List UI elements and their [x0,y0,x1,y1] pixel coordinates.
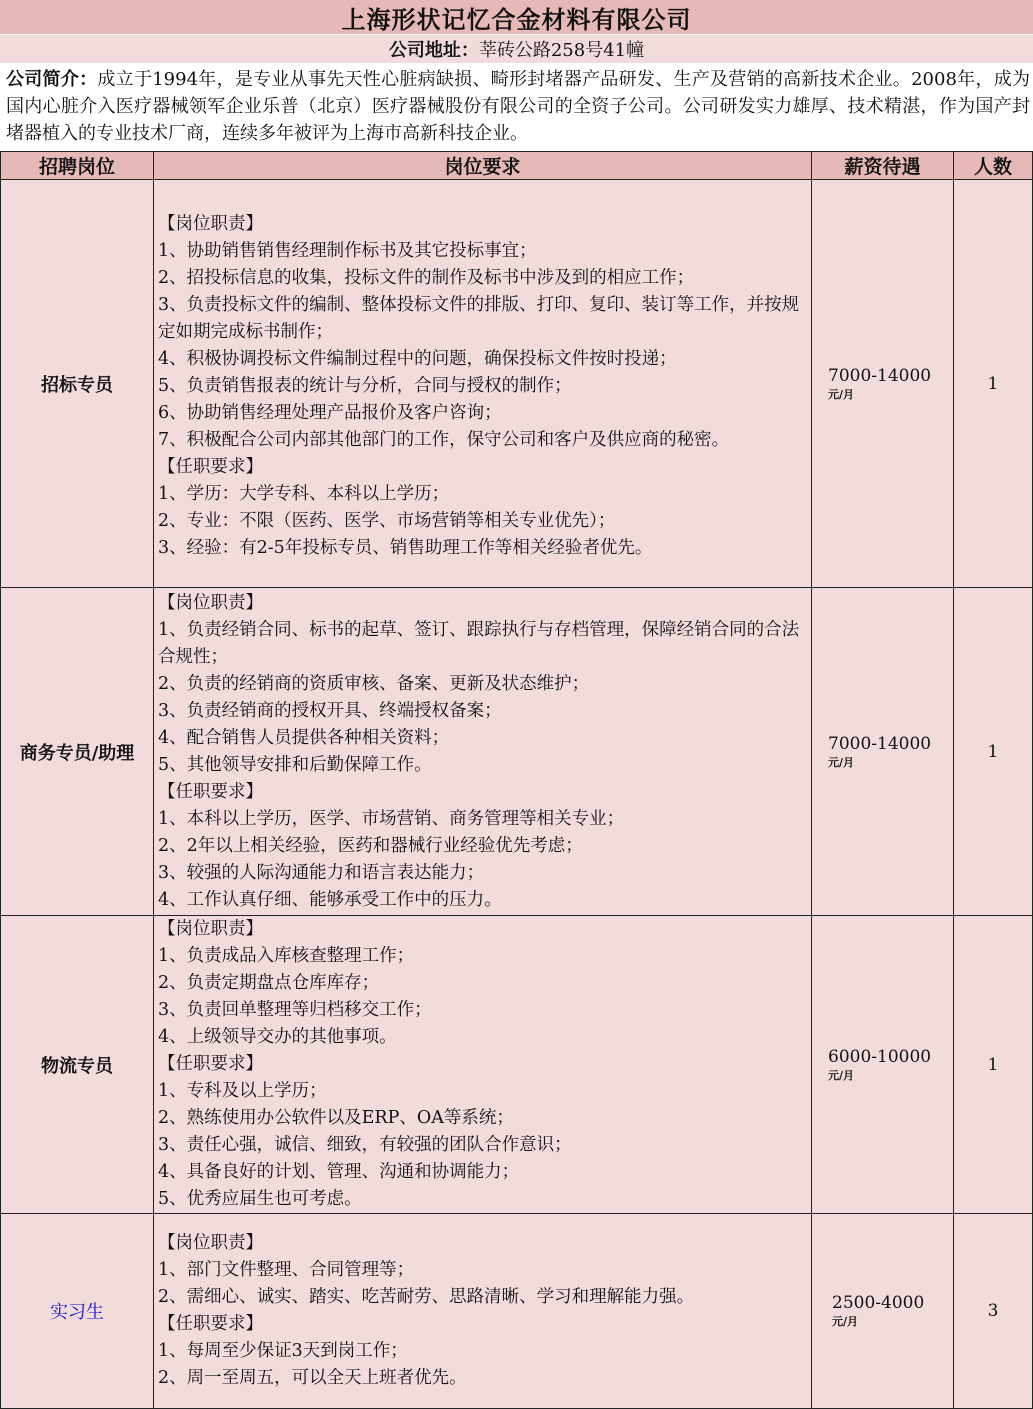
headcount: 1 [954,180,1033,588]
salary-unit: 元/月 [828,1067,953,1083]
requirement-item: 2、需细心、诚实、踏实、吃苦耐劳、思路清晰、学习和理解能力强。 [158,1284,807,1311]
requirement-item: 1、协助销售销售经理制作标书及其它投标事宜； [158,238,807,265]
salary-cell: 6000-10000 元/月 [812,916,954,1214]
requirement-item: 1、本科以上学历，医学、市场营销、商务管理等相关专业； [158,806,807,833]
requirement-item: 3、经验：有2-5年投标专员、销售助理工作等相关经验者优先。 [158,535,807,562]
table-row: 商务专员/助理 【岗位职责】1、负责经销合同、标书的起草、签订、跟踪执行与存档管… [1,588,1033,916]
requirement-section-heading: 【任职要求】 [158,1311,807,1338]
salary-cell: 7000-14000 元/月 [812,588,954,916]
intro-label: 公司简介： [6,69,97,90]
salary-range: 7000-14000 [828,734,953,754]
column-header-salary: 薪资待遇 [812,152,954,180]
requirement-item: 1、负责成品入库核查整理工作； [158,943,807,970]
requirement-item: 3、较强的人际沟通能力和语言表达能力； [158,860,807,887]
requirement-item: 1、专科及以上学历； [158,1078,807,1105]
table-row: 实习生 【岗位职责】1、部门文件整理、合同管理等；2、需细心、诚实、踏实、吃苦耐… [1,1214,1033,1409]
requirement-item: 4、具备良好的计划、管理、沟通和协调能力； [158,1159,807,1186]
headcount: 3 [954,1214,1033,1409]
table-row: 招标专员 【岗位职责】1、协助销售销售经理制作标书及其它投标事宜；2、招投标信息… [1,180,1033,588]
column-header-count: 人数 [954,152,1033,180]
requirement-item: 5、负责销售报表的统计与分析，合同与授权的制作； [158,373,807,400]
company-title: 上海形状记忆合金材料有限公司 [0,0,1033,35]
requirement-item: 4、工作认真仔细、能够承受工作中的压力。 [158,887,807,914]
requirement-item: 2、专业：不限（医药、医学、市场营销等相关专业优先）； [158,508,807,535]
requirement-section-heading: 【岗位职责】 [158,1230,807,1257]
requirement-item: 1、学历：大学专科、本科以上学历； [158,481,807,508]
salary-range: 6000-10000 [828,1047,953,1067]
requirement-section-heading: 【任职要求】 [158,1051,807,1078]
salary-range: 2500-4000 [832,1293,953,1313]
requirement-item: 3、负责投标文件的编制、整体投标文件的排版、打印、复印、装订等工作，并按规定如期… [158,292,807,346]
position-requirements: 【岗位职责】1、负责成品入库核查整理工作；2、负责定期盘点仓库库存；3、负责回单… [154,916,812,1214]
requirement-item: 4、积极协调投标文件编制过程中的问题，确保投标文件按时投递； [158,346,807,373]
headcount: 1 [954,588,1033,916]
requirement-item: 2、负责定期盘点仓库库存； [158,970,807,997]
address-value: 莘砖公路258号41幢 [479,36,644,62]
requirement-item: 2、2年以上相关经验，医药和器械行业经验优先考虑； [158,833,807,860]
table-header-row: 招聘岗位 岗位要求 薪资待遇 人数 [1,152,1033,180]
requirement-section-heading: 【岗位职责】 [158,916,807,943]
requirement-item: 5、其他领导安排和后勤保障工作。 [158,752,807,779]
position-name: 物流专员 [1,916,154,1214]
requirement-section-heading: 【岗位职责】 [158,590,807,617]
requirement-item: 6、协助销售经理处理产品报价及客户咨询； [158,400,807,427]
requirement-section-heading: 【岗位职责】 [158,211,807,238]
address-label: 公司地址： [389,36,479,62]
jobs-table: 招聘岗位 岗位要求 薪资待遇 人数 招标专员 【岗位职责】1、协助销售销售经理制… [0,151,1033,1409]
requirement-item: 1、部门文件整理、合同管理等； [158,1257,807,1284]
position-name: 商务专员/助理 [1,588,154,916]
salary-cell: 7000-14000 元/月 [812,180,954,588]
headcount: 1 [954,916,1033,1214]
position-requirements: 【岗位职责】1、负责经销合同、标书的起草、签订、跟踪执行与存档管理，保障经销合同… [154,588,812,916]
requirement-item: 3、责任心强，诚信、细致，有较强的团队合作意识； [158,1132,807,1159]
requirement-item: 2、负责的经销商的资质审核、备案、更新及状态维护； [158,671,807,698]
requirement-item: 2、招投标信息的收集，投标文件的制作及标书中涉及到的相应工作； [158,265,807,292]
position-requirements: 【岗位职责】1、部门文件整理、合同管理等；2、需细心、诚实、踏实、吃苦耐劳、思路… [154,1214,812,1409]
requirement-item: 2、周一至周五，可以全天上班者优先。 [158,1365,807,1392]
intro-text: 成立于1994年，是专业从事先天性心脏病缺损、畸形封堵器产品研发、生产及营销的高… [6,69,1030,144]
salary-cell: 2500-4000 元/月 [812,1214,954,1409]
requirement-item: 7、积极配合公司内部其他部门的工作，保守公司和客户及供应商的秘密。 [158,427,807,454]
position-requirements: 【岗位职责】1、协助销售销售经理制作标书及其它投标事宜；2、招投标信息的收集，投… [154,180,812,588]
requirement-item: 1、每周至少保证3天到岗工作； [158,1338,807,1365]
requirement-item: 5、优秀应届生也可考虑。 [158,1186,807,1213]
column-header-position: 招聘岗位 [1,152,154,180]
requirement-item: 3、负责经销商的授权开具、终端授权备案； [158,698,807,725]
position-name: 招标专员 [1,180,154,588]
requirement-item: 2、熟练使用办公软件以及ERP、OA等系统； [158,1105,807,1132]
position-name: 实习生 [1,1214,154,1409]
job-posting-sheet: 上海形状记忆合金材料有限公司 公司地址：莘砖公路258号41幢 公司简介：成立于… [0,0,1033,1409]
table-row: 物流专员 【岗位职责】1、负责成品入库核查整理工作；2、负责定期盘点仓库库存；3… [1,916,1033,1214]
requirement-section-heading: 【任职要求】 [158,454,807,481]
column-header-requirements: 岗位要求 [154,152,812,180]
requirement-item: 1、负责经销合同、标书的起草、签订、跟踪执行与存档管理，保障经销合同的合法合规性… [158,617,807,671]
requirement-item: 4、上级领导交办的其他事项。 [158,1024,807,1051]
salary-unit: 元/月 [828,754,953,770]
salary-range: 7000-14000 [828,366,953,386]
company-address: 公司地址：莘砖公路258号41幢 [0,35,1033,63]
salary-unit: 元/月 [828,386,953,402]
salary-unit: 元/月 [832,1313,953,1329]
company-intro: 公司简介：成立于1994年，是专业从事先天性心脏病缺损、畸形封堵器产品研发、生产… [6,66,1030,147]
requirement-section-heading: 【任职要求】 [158,779,807,806]
requirement-item: 3、负责回单整理等归档移交工作； [158,997,807,1024]
requirement-item: 4、配合销售人员提供各种相关资料； [158,725,807,752]
